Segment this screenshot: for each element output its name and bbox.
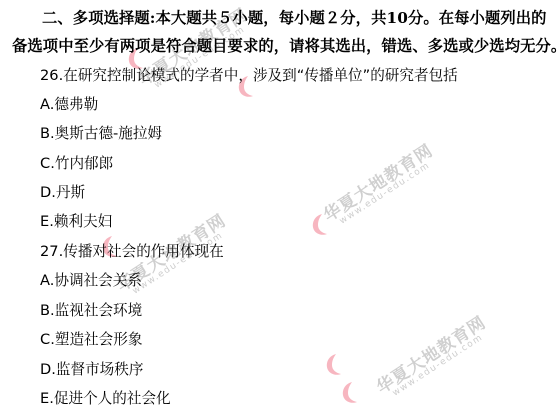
- option-key: C.: [40, 331, 55, 348]
- question-number: 26.: [40, 67, 63, 84]
- section-heading-line1: 二、多项选择题:本大题共５小题，每小题２分，共10分。在每小题列出的: [42, 9, 547, 27]
- question-text: 传播对社会的作用体现在: [63, 243, 224, 260]
- watermark: 华夏大地教育网 www.edu-edu.com: [318, 137, 441, 232]
- exam-page: 华夏大地教育网 www.edu-edu.com 华夏大地教育网 www.edu-…: [0, 0, 559, 413]
- option-key: C.: [40, 155, 55, 172]
- option-text: 促进个人的社会化: [54, 390, 171, 407]
- option-key: D.: [40, 361, 56, 378]
- option-26-b: B.奥斯古德-施拉姆: [40, 125, 162, 143]
- option-text: 监督市场秩序: [56, 361, 144, 378]
- option-text: 赖利夫妇: [54, 213, 112, 230]
- option-key: B.: [40, 125, 55, 142]
- option-26-c: C.竹内郁郎: [40, 155, 113, 173]
- question-text: 在研究控制论模式的学者中，涉及到“传播单位”的研究者包括: [63, 67, 458, 84]
- option-text: 塑造社会形象: [55, 331, 143, 348]
- option-text: 奥斯古德-施拉姆: [55, 125, 162, 142]
- option-key: B.: [40, 302, 55, 319]
- question-number: 27.: [40, 243, 63, 260]
- option-key: E.: [40, 213, 54, 230]
- option-text: 协调社会关系: [54, 272, 142, 289]
- option-26-d: D.丹斯: [40, 184, 85, 202]
- option-key: E.: [40, 390, 54, 407]
- option-text: 竹内郁郎: [55, 155, 113, 172]
- question-26-stem: 26.在研究控制论模式的学者中，涉及到“传播单位”的研究者包括: [40, 67, 458, 85]
- option-text: 德弗勒: [54, 96, 98, 113]
- watermark-logo-icon: [338, 380, 360, 406]
- option-key: A.: [40, 272, 54, 289]
- option-27-a: A.协调社会关系: [40, 272, 142, 290]
- option-26-e: E.赖利夫妇: [40, 213, 112, 231]
- watermark-logo-icon: [308, 212, 330, 238]
- option-27-b: B.监视社会环境: [40, 302, 142, 320]
- option-26-a: A.德弗勒: [40, 96, 98, 114]
- section-heading-line2: 备选项中至少有两项是符合题目要求的，请将其选出，错选、多选或少选均无分。: [12, 37, 559, 55]
- watermark-logo-icon: [322, 352, 344, 378]
- question-27-stem: 27.传播对社会的作用体现在: [40, 243, 224, 261]
- option-text: 丹斯: [56, 184, 85, 201]
- watermark: 华夏大地教育网 www.edu-edu.com: [371, 309, 494, 404]
- option-27-c: C.塑造社会形象: [40, 331, 142, 349]
- option-27-d: D.监督市场秩序: [40, 361, 143, 379]
- option-27-e: E.促进个人的社会化: [40, 390, 171, 408]
- option-key: D.: [40, 184, 56, 201]
- option-key: A.: [40, 96, 54, 113]
- option-text: 监视社会环境: [55, 302, 143, 319]
